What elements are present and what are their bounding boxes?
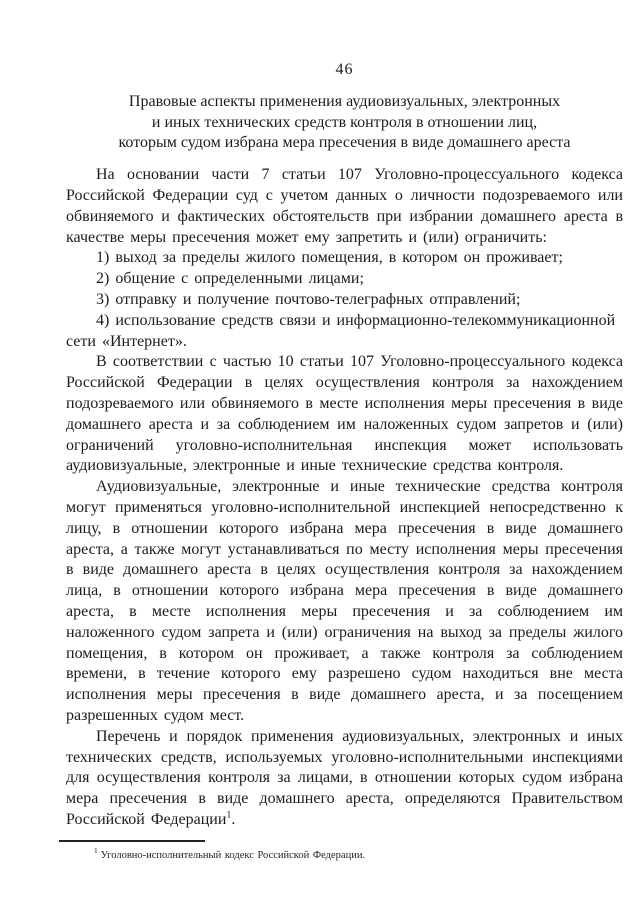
paragraph-government-order: Перечень и порядок применения аудиовизуа… xyxy=(66,727,623,831)
paragraph-intro: На основании части 7 статьи 107 Уголовно… xyxy=(66,165,623,248)
paragraph-control-basis: В соответствии с частью 10 статьи 107 Уг… xyxy=(66,352,623,477)
footnote: 1Уголовно-исполнительный кодекс Российск… xyxy=(66,849,623,863)
document-page: 46 Правовые аспекты применения аудиовизу… xyxy=(0,0,640,905)
list-item-2: 2) общение с определенными лицами; xyxy=(66,269,623,290)
paragraph-government-order-period: . xyxy=(231,811,235,828)
document-title: Правовые аспекты применения аудиовизуаль… xyxy=(66,92,623,154)
title-line-3: которым судом избрана мера пресечения в … xyxy=(66,133,623,154)
list-item-3: 3) отправку и получение почтово-телеграф… xyxy=(66,290,623,311)
document-body: На основании части 7 статьи 107 Уголовно… xyxy=(66,165,623,831)
page-number: 46 xyxy=(66,60,623,81)
footnote-text: Уголовно-исполнительный кодекс Российско… xyxy=(101,850,365,861)
title-line-1: Правовые аспекты применения аудиовизуаль… xyxy=(66,92,623,113)
paragraph-government-order-text: Перечень и порядок применения аудиовизуа… xyxy=(66,728,623,828)
footnote-section: 1Уголовно-исполнительный кодекс Российск… xyxy=(66,840,623,863)
footnote-divider xyxy=(59,840,205,842)
footnote-marker: 1 xyxy=(94,846,98,855)
list-item-1: 1) выход за пределы жилого помещения, в … xyxy=(66,248,623,269)
list-item-4: 4) использование средств связи и информа… xyxy=(66,311,623,353)
title-line-2: и иных технических средств контроля в от… xyxy=(66,113,623,134)
paragraph-application: Аудиовизуальные, электронные и иные техн… xyxy=(66,477,623,727)
